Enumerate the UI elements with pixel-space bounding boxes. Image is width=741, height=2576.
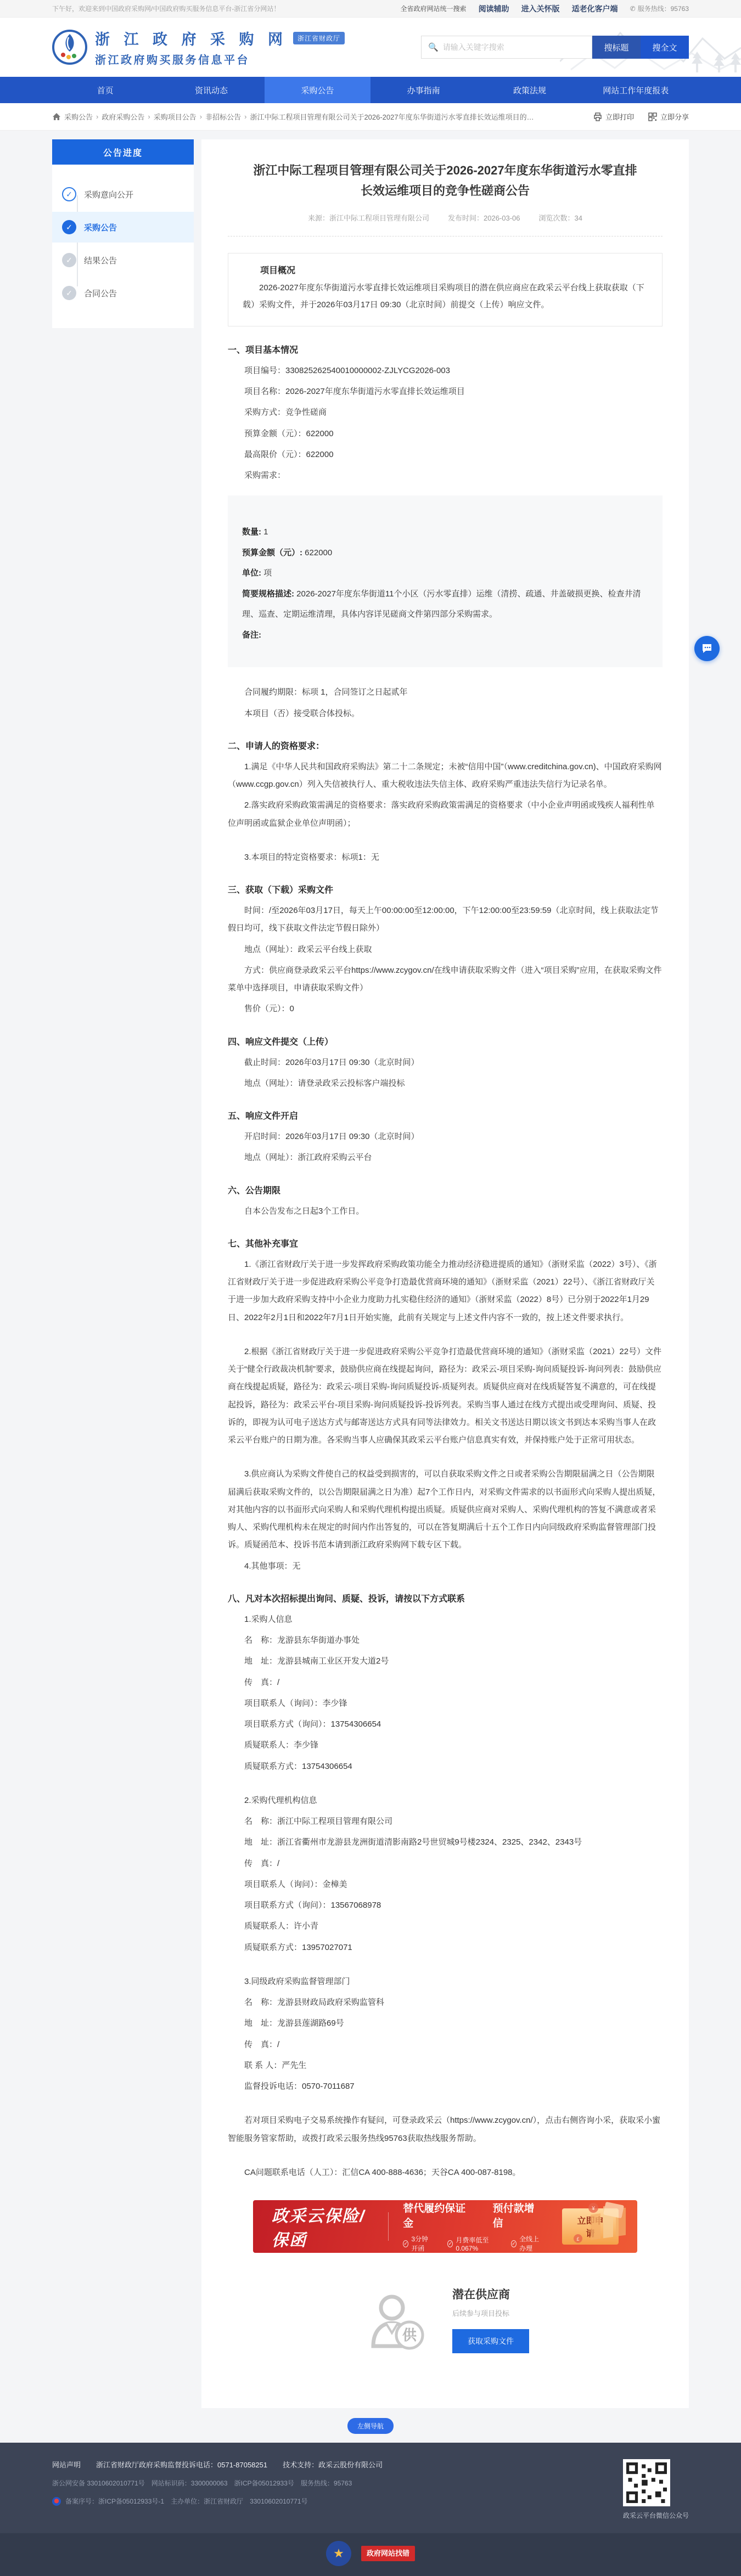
main-nav: 首页 资讯动态 采购公告 办事指南 政策法规 网站工作年度报表 <box>0 77 741 103</box>
site-subtitle: 浙江政府购买服务信息平台 <box>95 51 345 67</box>
paragraph: 质疑联系方式：13754306654 <box>228 1758 663 1775</box>
nav-item-procurement-notices[interactable]: 采购公告 <box>265 77 370 103</box>
paragraph: 地点（网址）：浙江政府采购云平台 <box>228 1149 663 1166</box>
phone-icon: ✆ <box>630 5 636 13</box>
check-icon: ✓ <box>511 2240 517 2247</box>
svg-text:£: £ <box>576 2236 579 2242</box>
banner-bullet: ✓月费率低至0.067% <box>447 2234 497 2253</box>
paragraph: 开启时间：2026年03月17日 09:30（北京时间） <box>228 1128 663 1146</box>
requirement-line: 单位: 项 <box>242 563 648 584</box>
leftnav-wrap: 左侧导航 <box>0 2408 741 2443</box>
paragraph: 地 址：龙游县莲湖路69号 <box>228 2015 663 2032</box>
supplier-title: 潜在供应商 <box>452 2286 529 2302</box>
qr-share-icon <box>648 112 657 121</box>
paragraph: 地点（网址）：政采云平台线上获取 <box>228 941 663 959</box>
section-heading: 八、凡对本次招标提出询问、质疑、投诉，请按以下方式联系 <box>228 1592 663 1604</box>
paragraph: 名 称：龙游县财政局政府采购监管科 <box>228 1994 663 2011</box>
banner-feature: 替代履约保证金 <box>403 2200 474 2230</box>
department-tag: 浙江省财政厅 <box>293 32 345 44</box>
sidebar-item-procurement-notice[interactable]: ✓ 采购公告 <box>52 212 194 243</box>
svg-text:¥: ¥ <box>591 2206 595 2212</box>
paragraph: 传 真：/ <box>228 1855 663 1873</box>
customer-service-button[interactable] <box>694 636 720 661</box>
care-version-link[interactable]: 进入关怀版 <box>521 3 560 14</box>
paragraph: 地点（网址）：请登录政采云投标客户端投标 <box>228 1075 663 1092</box>
section-heading: 五、响应文件开启 <box>228 1109 663 1121</box>
paragraph: 2.落实政府采购政策需满足的资格要求：落实政府采购政策需满足的资格要求（中小企业… <box>228 797 663 832</box>
paragraph: 合同履约期限：标项 1，合同签订之日起贰年 <box>228 684 663 701</box>
article-meta: 来源：浙江中际工程项目管理有限公司 发布时间：2026-03-06 浏览次数：3… <box>228 212 663 223</box>
paragraph: 项目名称：2026-2027年度东华街道污水零直排长效运维项目 <box>228 383 663 401</box>
breadcrumb-item[interactable]: 非招标公告 <box>205 111 241 122</box>
requirement-line: 预算金额（元）: 622000 <box>242 543 648 563</box>
announcement-card: 浙江中际工程项目管理有限公司关于2026-2027年度东华街道污水零直排长效运维… <box>201 139 689 2408</box>
print-button[interactable]: 立即打印 <box>593 111 634 122</box>
paragraph: 监督投诉电话：0570-7011687 <box>228 2078 663 2095</box>
top-utility-bar: 下午好，欢迎来到中国政府采购网/中国政府购买服务信息平台-浙江省分网站！ 全省政… <box>0 0 741 18</box>
footer-tech-support: 技术支持：政采云股份有限公司 <box>283 2459 383 2471</box>
paragraph: 质疑联系方式：13957027071 <box>228 1939 663 1957</box>
chat-bubble-icon <box>700 642 714 655</box>
home-icon[interactable] <box>52 112 61 121</box>
site-name: 浙 江 政 府 采 购 网 <box>95 27 288 49</box>
paragraph: 质疑联系人：许小青 <box>228 1918 663 1935</box>
footer-registration-row: 浙公网安备 33010602010771号 网站标识码：3300000063 浙… <box>52 2478 383 2489</box>
paragraph: 传 真：/ <box>228 1674 663 1692</box>
paragraph: 4.其他事项：无 <box>228 1558 663 1575</box>
paragraph: 1.采购人信息 <box>228 1611 663 1628</box>
site-logo-emblem <box>52 30 87 65</box>
requirement-line: 数量: 1 <box>242 522 648 543</box>
paragraph: 采购需求： <box>228 467 663 484</box>
page-body: 公告进度 ✓ 采购意向公开 ✓ 采购公告 ✓ 结果公告 ✓ <box>0 131 741 2443</box>
paragraph: 项目联系人（询问）：金樟美 <box>228 1876 663 1893</box>
sidebar-item-contract-notice[interactable]: ✓ 合同公告 <box>52 278 194 308</box>
paragraph: 若对项目采购电子交易系统操作有疑问，可登录政采云（https://www.zcy… <box>228 2112 663 2147</box>
share-button[interactable]: 立即分享 <box>648 111 689 122</box>
paragraph: 1.《浙江省财政厅关于进一步发挥政府采购政策功能全力推动经济稳进提质的通知》（浙… <box>228 1256 663 1327</box>
unified-search-link[interactable]: 全省政府网站统一搜索 <box>401 4 467 13</box>
site-header: 浙 江 政 府 采 购 网 浙江省财政厅 浙江政府购买服务信息平台 🔍 搜标题 … <box>0 18 741 77</box>
service-hotline: ✆ 服务热线：95763 <box>630 4 689 13</box>
supplier-char: 供 <box>402 2327 417 2343</box>
banner-bullet: ✓3分钟开函 <box>403 2234 433 2253</box>
nav-item-policies[interactable]: 政策法规 <box>476 77 582 103</box>
gov-site-error-report-badge[interactable]: 政府网站找错 <box>361 2546 415 2562</box>
paragraph: 3.供应商认为采购文件使自己的权益受到损害的，可以自获取采购文件之日或者采购公告… <box>228 1465 663 1554</box>
article-publish-time: 发布时间：2026-03-06 <box>448 212 520 223</box>
requirement-line: 简要规格描述: 2026-2027年度东华街道11个小区（污水零直排）运维（清捞… <box>242 584 648 625</box>
search-title-button[interactable]: 搜标题 <box>592 36 641 59</box>
gov-emblem-icon <box>52 2497 61 2506</box>
paragraph: 名 称：龙游县东华街道办事处 <box>228 1632 663 1649</box>
search-area: 🔍 搜标题 搜全文 <box>421 36 689 59</box>
announcement-progress-sidebar: 公告进度 ✓ 采购意向公开 ✓ 采购公告 ✓ 结果公告 ✓ <box>52 139 194 328</box>
supplier-icon: 供 <box>361 2287 427 2353</box>
banner-feature: 预付款增信 <box>493 2200 543 2230</box>
paragraph: 项目联系人（询问）：李少锋 <box>228 1695 663 1712</box>
progress-steps: ✓ 采购意向公开 ✓ 采购公告 ✓ 结果公告 ✓ 合同公告 <box>52 165 194 314</box>
check-circle-icon: ✓ <box>62 220 76 234</box>
paragraph: 本项目（否）接受联合体投标。 <box>228 705 663 723</box>
breadcrumb-current: 浙江中际工程项目管理有限公司关于2026-2027年度东华街道污水零直排长效运维… <box>250 111 535 122</box>
insurance-promo-banner[interactable]: 政采云保险/保函 替代履约保证金 预付款增信 ✓3分钟开函 ✓月费率低至0.06… <box>253 2200 637 2253</box>
section-heading: 四、响应文件提交（上传） <box>228 1035 663 1047</box>
left-nav-toggle-button[interactable]: 左侧导航 <box>347 2418 394 2434</box>
nav-item-guide[interactable]: 办事指南 <box>370 77 476 103</box>
paragraph: 3.同级政府采购监督管理部门 <box>228 1973 663 1991</box>
search-input[interactable] <box>443 43 585 52</box>
reading-aid-link[interactable]: 阅读辅助 <box>479 3 509 14</box>
page-title: 浙江中际工程项目管理有限公司关于2026-2027年度东华街道污水零直排长效运维… <box>228 160 663 201</box>
breadcrumb: 采购公告› 政府采购公告› 采购项目公告› 非招标公告› 浙江中际工程项目管理有… <box>52 111 535 122</box>
section-heading: 一、项目基本情况 <box>228 343 663 356</box>
check-icon: ✓ <box>403 2240 408 2247</box>
banner-decoration: ¥ £ <box>538 2200 632 2253</box>
wechat-qr-code <box>623 2459 670 2506</box>
check-circle-icon: ✓ <box>62 187 76 201</box>
paragraph: 名 称：浙江中际工程项目管理有限公司 <box>228 1813 663 1830</box>
gov-site-badge-icon[interactable]: ★ <box>326 2541 351 2566</box>
section-heading: 七、其他补充事宜 <box>228 1237 663 1249</box>
sidebar-item-result-notice[interactable]: ✓ 结果公告 <box>52 245 194 275</box>
paragraph: 地 址：浙江省衢州市龙游县龙洲街道清影南路2号世贸城9号楼2324、2325、2… <box>228 1834 663 1851</box>
check-circle-icon: ✓ <box>62 253 76 267</box>
sidebar-item-purchase-intent[interactable]: ✓ 采购意向公开 <box>52 179 194 210</box>
breadcrumb-bar: 采购公告› 政府采购公告› 采购项目公告› 非招标公告› 浙江中际工程项目管理有… <box>0 103 741 131</box>
site-brand[interactable]: 浙 江 政 府 采 购 网 浙江省财政厅 浙江政府购买服务信息平台 <box>52 27 345 67</box>
nav-item-home[interactable]: 首页 <box>52 77 158 103</box>
supplier-subtitle: 后续参与项目投标 <box>452 2308 529 2318</box>
nav-item-news[interactable]: 资讯动态 <box>158 77 264 103</box>
requirement-box: 数量: 1预算金额（元）: 622000单位: 项简要规格描述: 2026-20… <box>228 495 663 667</box>
elderly-client-link[interactable]: 适老化客户端 <box>572 3 618 14</box>
search-fulltext-button[interactable]: 搜全文 <box>641 36 689 59</box>
divider <box>228 236 663 236</box>
paragraph: 项目联系方式（询问）：13754306654 <box>228 1716 663 1733</box>
paragraph: 地 址：龙游县城南工业区开发大道2号 <box>228 1653 663 1670</box>
footer-supervision-phone: 浙江省财政厅政府采购监督投诉电话：0571-87058251 <box>96 2459 267 2471</box>
printer-icon <box>593 112 602 121</box>
paragraph: 传 真：/ <box>228 2036 663 2054</box>
overview-text: 2026-2027年度东华街道污水零直排长效运维项目采购项目的潜在供应商应在政采… <box>243 279 648 314</box>
paragraph: CA问题联系电话（人工）：汇信CA 400-888-4636；天谷CA 400-… <box>228 2164 663 2182</box>
project-overview-box: 项目概况 2026-2027年度东华街道污水零直排长效运维项目采购项目的潜在供应… <box>228 253 663 326</box>
paragraph: 售价（元）：0 <box>228 1000 663 1018</box>
paragraph: 项目联系方式（询问）：13567068978 <box>228 1897 663 1914</box>
paragraph: 最高限价（元）：622000 <box>228 446 663 464</box>
divider <box>388 2212 389 2241</box>
banner-title: 政采云保险/保函 <box>272 2202 374 2251</box>
paragraph: 自本公告发布之日起3个工作日。 <box>228 1203 663 1220</box>
breadcrumb-item[interactable]: 采购项目公告 <box>154 111 197 122</box>
site-footer: 网站声明 浙江省财政厅政府采购监督投诉电话：0571-87058251 技术支持… <box>0 2443 741 2576</box>
footer-badge-strip: ★ 政府网站找错 <box>0 2533 741 2576</box>
check-icon: ✓ <box>447 2240 453 2247</box>
paragraph: 3.本项目的特定资格要求：标项1：无 <box>228 849 663 866</box>
section-heading: 二、申请人的资格要求： <box>228 739 663 752</box>
paragraph: 项目编号：330825262540010000002-ZJLYCG2026-00… <box>228 362 663 380</box>
article-view-count: 浏览次数：34 <box>539 212 582 223</box>
overview-title: 项目概况 <box>243 263 648 276</box>
nav-item-annual-report[interactable]: 网站工作年度报表 <box>583 77 689 103</box>
paragraph: 2.采购代理机构信息 <box>228 1792 663 1810</box>
article-body: 一、项目基本情况项目编号：330825262540010000002-ZJLYC… <box>228 343 663 2182</box>
paragraph: 2.根据《浙江省财政厅关于进一步促进政府采购公平竞争打造最优营商环境的通知》（浙… <box>228 1343 663 1450</box>
footer-site-statement-link[interactable]: 网站声明 <box>52 2459 81 2471</box>
get-procurement-document-button[interactable]: 获取采购文件 <box>452 2329 529 2353</box>
section-heading: 三、获取（下载）采购文件 <box>228 883 663 895</box>
paragraph: 方式：供应商登录政采云平台https://www.zcygov.cn/在线申请获… <box>228 962 663 997</box>
footer-record-row: 备案序号：浙ICP备05012933号-1 主办单位：浙江省财政厅 330106… <box>52 2496 383 2507</box>
search-icon: 🔍 <box>428 42 439 52</box>
paragraph: 联 系 人：严先生 <box>228 2057 663 2075</box>
paragraph: 采购方式：竞争性磋商 <box>228 404 663 421</box>
check-circle-icon: ✓ <box>62 286 76 300</box>
paragraph: 截止时间：2026年03月17日 09:30（北京时间） <box>228 1054 663 1072</box>
breadcrumb-item[interactable]: 政府采购公告 <box>102 111 144 122</box>
article-source: 来源：浙江中际工程项目管理有限公司 <box>308 212 429 223</box>
paragraph: 质疑联系人：李少锋 <box>228 1737 663 1754</box>
qr-caption: 政采云平台微信公众号 <box>623 2511 689 2520</box>
paragraph: 时间：/至2026年03月17日，每天上午00:00:00至12:00:00，下… <box>228 902 663 938</box>
welcome-text: 下午好，欢迎来到中国政府采购网/中国政府购买服务信息平台-浙江省分网站！ <box>52 4 280 13</box>
breadcrumb-item[interactable]: 采购公告 <box>64 111 93 122</box>
paragraph: 1.满足《中华人民共和国政府采购法》第二十二条规定；未被“信用中国”（www.c… <box>228 758 663 794</box>
sidebar-title: 公告进度 <box>52 139 194 165</box>
requirement-line: 备注: <box>242 625 648 646</box>
paragraph: 预算金额（元）：622000 <box>228 425 663 443</box>
section-heading: 六、公告期限 <box>228 1183 663 1196</box>
potential-supplier-section: 供 潜在供应商 后续参与项目投标 获取采购文件 <box>228 2253 663 2392</box>
